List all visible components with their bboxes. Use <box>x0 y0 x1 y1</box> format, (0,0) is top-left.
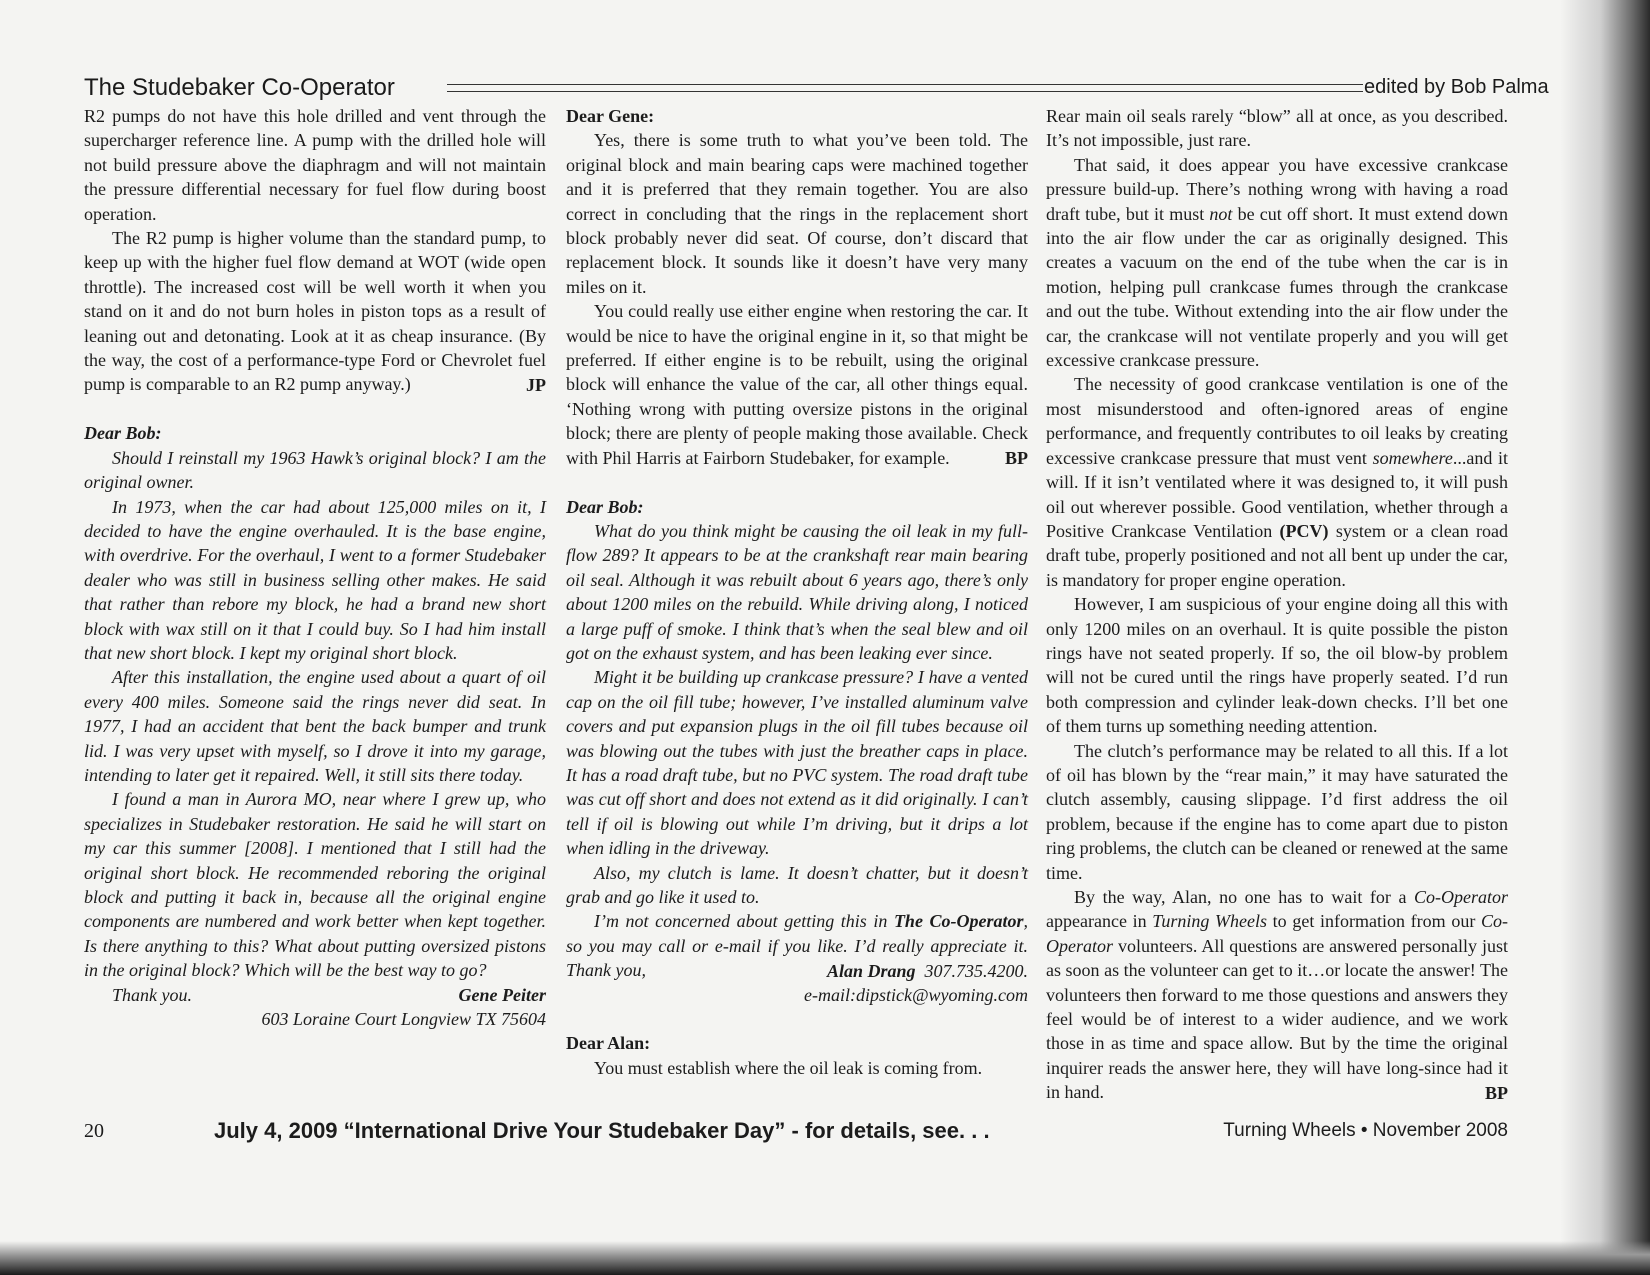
author-address: 603 Loraine Court Longview TX 75604 <box>84 1007 546 1031</box>
column-3: Rear main oil seals rarely “blow” all at… <box>1046 104 1508 1105</box>
letter-paragraph: I found a man in Aurora MO, near where I… <box>84 787 546 982</box>
letter-paragraph: Should I reinstall my 1963 Hawk’s origin… <box>84 446 546 495</box>
paragraph: By the way, Alan, no one has to wait for… <box>1046 885 1508 1105</box>
letter-paragraph: What do you think might be causing the o… <box>566 519 1028 665</box>
editor-credit: edited by Bob Palma <box>1364 76 1549 99</box>
page-footer: 20 July 4, 2009 “International Drive You… <box>84 1118 1508 1150</box>
thanks-text: Thank you. <box>112 983 192 1007</box>
page-number: 20 <box>84 1120 104 1143</box>
letter-signoff: Thank you. Gene Peiter <box>84 983 546 1007</box>
salutation: Dear Gene: <box>566 104 1028 128</box>
salutation: Dear Alan: <box>566 1031 1028 1055</box>
author-name: Gene Peiter <box>459 983 546 1007</box>
page-binding-shadow <box>1560 0 1650 1275</box>
header-double-rule <box>447 84 1363 92</box>
letter-paragraph: After this installation, the engine used… <box>84 665 546 787</box>
page-header: The Studebaker Co-Operator edited by Bob… <box>84 70 1584 106</box>
author-name: Alan Drang <box>827 961 916 981</box>
letter-paragraph: In 1973, when the car had about 125,000 … <box>84 495 546 666</box>
column-2: Dear Gene: Yes, there is some truth to w… <box>566 104 1028 1080</box>
publication-issue: Turning Wheels • November 2008 <box>1223 1120 1508 1142</box>
salutation: Dear Bob: <box>84 421 546 445</box>
publication-name: The Co-Operator <box>894 911 1024 931</box>
paragraph: R2 pumps do not have this hole drilled a… <box>84 104 546 226</box>
letter-paragraph: Also, my clutch is lame. It doesn’t chat… <box>566 861 1028 910</box>
column-title: The Studebaker Co-Operator <box>84 74 395 102</box>
salutation: Dear Bob: <box>566 495 1028 519</box>
paragraph: You must establish where the oil leak is… <box>566 1056 1028 1080</box>
signature-initials: BP <box>1046 1081 1508 1105</box>
paragraph: Yes, there is some truth to what you’ve … <box>566 128 1028 299</box>
paragraph: You could really use either engine when … <box>566 299 1028 470</box>
letter-paragraph: Might it be building up crankcase pressu… <box>566 665 1028 860</box>
paragraph: The clutch’s performance may be related … <box>1046 739 1508 885</box>
paragraph: The necessity of good crankcase ventilat… <box>1046 372 1508 592</box>
event-promo: July 4, 2009 “International Drive Your S… <box>214 1118 990 1144</box>
paragraph: That said, it does appear you have exces… <box>1046 153 1508 373</box>
reader-letter: What do you think might be causing the o… <box>566 519 1028 983</box>
page-bottom-shadow <box>0 1241 1650 1275</box>
paragraph: However, I am suspicious of your engine … <box>1046 592 1508 738</box>
reader-letter: Should I reinstall my 1963 Hawk’s origin… <box>84 446 546 983</box>
author-email: e-mail:dipstick@wyoming.com <box>566 983 1028 1007</box>
paragraph: Rear main oil seals rarely “blow” all at… <box>1046 104 1508 153</box>
paragraph: The R2 pump is higher volume than the st… <box>84 226 546 397</box>
author-phone: 307.735.4200. <box>925 961 1029 981</box>
column-1: R2 pumps do not have this hole drilled a… <box>84 104 546 1031</box>
